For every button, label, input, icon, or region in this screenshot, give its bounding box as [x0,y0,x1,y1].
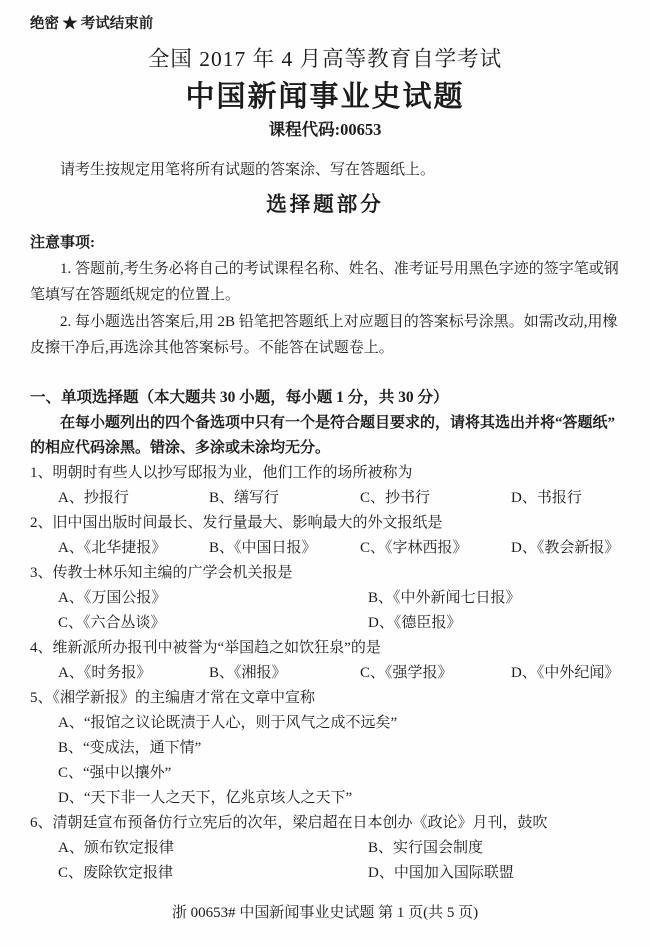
general-instruction: 请考生按规定用笔将所有试题的答案涂、写在答题纸上。 [30,158,620,182]
question-2-text: 旧中国出版时间最长、发行量最大、影响最大的外文报纸是 [53,515,443,531]
question-6: 6、清朝廷宣布预备仿行立宪后的次年，梁启超在日本创办《政论》月刊，鼓吹 A、颁布… [30,811,620,886]
question-5-option-c: C、“强中以攘外” [58,761,620,786]
question-1-stem: 1、明朝时有些人以抄写邸报为业，他们工作的场所被称为 [30,461,620,486]
exam-session-title: 全国 2017 年 4 月高等教育自学考试 [30,45,620,74]
question-5-stem: 5、《湘学新报》的主编唐才常在文章中宣称 [30,686,620,711]
question-3-option-b: B、《中外新闻七日报》 [368,586,620,611]
part-note: 在每小题列出的四个备选项中只有一个是符合题目要求的，请将其选出并将“答题纸”的相… [30,411,620,461]
question-3-options: A、《万国公报》 B、《中外新闻七日报》 C、《六合丛谈》 D、《德臣报》 [30,586,620,636]
question-6-option-a: A、颁布钦定报律 [58,836,368,861]
classification-label: 绝密 ★ 考试结束前 [30,0,620,34]
question-3-stem: 3、传教士林乐知主编的广学会机关报是 [30,561,620,586]
question-6-text: 清朝廷宣布预备仿行立宪后的次年，梁启超在日本创办《政论》月刊，鼓吹 [53,815,548,831]
question-4-option-d: D、《中外纪闻》 [511,661,619,686]
question-4-number: 4、 [30,640,53,656]
question-1-options: A、抄报行 B、缮写行 C、抄书行 D、书报行 [30,486,620,511]
question-2-options: A、《北华捷报》 B、《中国日报》 C、《字林西报》 D、《教会新报》 [30,536,620,561]
question-1-number: 1、 [30,465,53,481]
question-6-option-d: D、中国加入国际联盟 [368,861,620,886]
question-2-stem: 2、旧中国出版时间最长、发行量最大、影响最大的外文报纸是 [30,511,620,536]
question-6-option-b: B、实行国会制度 [368,836,620,861]
question-5-option-d: D、“天下非一人之天下，亿兆京垓人之天下” [58,786,620,811]
notice-title: 注意事项: [30,232,620,255]
question-4-option-a: A、《时务报》 [58,661,209,686]
question-5-text: 《湘学新报》的主编唐才常在文章中宣称 [53,690,316,706]
question-5-number: 5、 [30,690,53,706]
question-1-option-b: B、缮写行 [209,486,360,511]
question-1-option-d: D、书报行 [511,486,582,511]
question-1: 1、明朝时有些人以抄写邸报为业，他们工作的场所被称为 A、抄报行 B、缮写行 C… [30,461,620,511]
question-6-number: 6、 [30,815,53,831]
question-2: 2、旧中国出版时间最长、发行量最大、影响最大的外文报纸是 A、《北华捷报》 B、… [30,511,620,561]
question-3-option-a: A、《万国公报》 [58,586,368,611]
question-4-options: A、《时务报》 B、《湘报》 C、《强学报》 D、《中外纪闻》 [30,661,620,686]
notice-item-2: 2. 每小题选出答案后,用 2B 铅笔把答题纸上对应题目的答案标号涂黑。如需改动… [30,309,620,361]
question-5-option-b: B、“变成法，通下情” [58,736,620,761]
question-1-text: 明朝时有些人以抄写邸报为业，他们工作的场所被称为 [53,465,413,481]
question-4-option-b: B、《湘报》 [209,661,360,686]
question-3-option-d: D、《德臣报》 [368,611,620,636]
exam-paper-page: 绝密 ★ 考试结束前 全国 2017 年 4 月高等教育自学考试 中国新闻事业史… [0,0,650,947]
question-3-text: 传教士林乐知主编的广学会机关报是 [53,565,293,581]
question-1-option-a: A、抄报行 [58,486,209,511]
exam-subject-title: 中国新闻事业史试题 [30,79,620,116]
question-5-options: A、“报馆之议论既渍于人心，则于风气之成不远矣” B、“变成法，通下情” C、“… [30,711,620,811]
part-heading: 一、单项选择题（本大题共 30 小题，每小题 1 分，共 30 分） [30,385,620,411]
question-6-option-c: C、废除钦定报律 [58,861,368,886]
section-title: 选择题部分 [30,191,620,220]
course-code: 课程代码:00653 [30,118,620,141]
question-2-option-a: A、《北华捷报》 [58,536,209,561]
page-footer: 浙 00653# 中国新闻事业史试题 第 1 页(共 5 页) [0,903,650,923]
question-6-stem: 6、清朝廷宣布预备仿行立宪后的次年，梁启超在日本创办《政论》月刊，鼓吹 [30,811,620,836]
question-2-number: 2、 [30,515,53,531]
question-2-option-d: D、《教会新报》 [511,536,619,561]
question-1-option-c: C、抄书行 [360,486,511,511]
question-3: 3、传教士林乐知主编的广学会机关报是 A、《万国公报》 B、《中外新闻七日报》 … [30,561,620,636]
question-5: 5、《湘学新报》的主编唐才常在文章中宣称 A、“报馆之议论既渍于人心，则于风气之… [30,686,620,811]
question-2-option-b: B、《中国日报》 [209,536,360,561]
question-3-number: 3、 [30,565,53,581]
question-4: 4、维新派所办报刊中被誉为“举国趋之如饮狂泉”的是 A、《时务报》 B、《湘报》… [30,636,620,686]
question-4-stem: 4、维新派所办报刊中被誉为“举国趋之如饮狂泉”的是 [30,636,620,661]
question-2-option-c: C、《字林西报》 [360,536,511,561]
question-4-option-c: C、《强学报》 [360,661,511,686]
question-3-option-c: C、《六合丛谈》 [58,611,368,636]
question-6-options: A、颁布钦定报律 B、实行国会制度 C、废除钦定报律 D、中国加入国际联盟 [30,836,620,886]
notice-item-1: 1. 答题前,考生务必将自己的考试课程名称、姓名、准考证号用黑色字迹的签字笔或钢… [30,256,620,308]
question-4-text: 维新派所办报刊中被誉为“举国趋之如饮狂泉”的是 [53,640,381,656]
question-5-option-a: A、“报馆之议论既渍于人心，则于风气之成不远矣” [58,711,620,736]
